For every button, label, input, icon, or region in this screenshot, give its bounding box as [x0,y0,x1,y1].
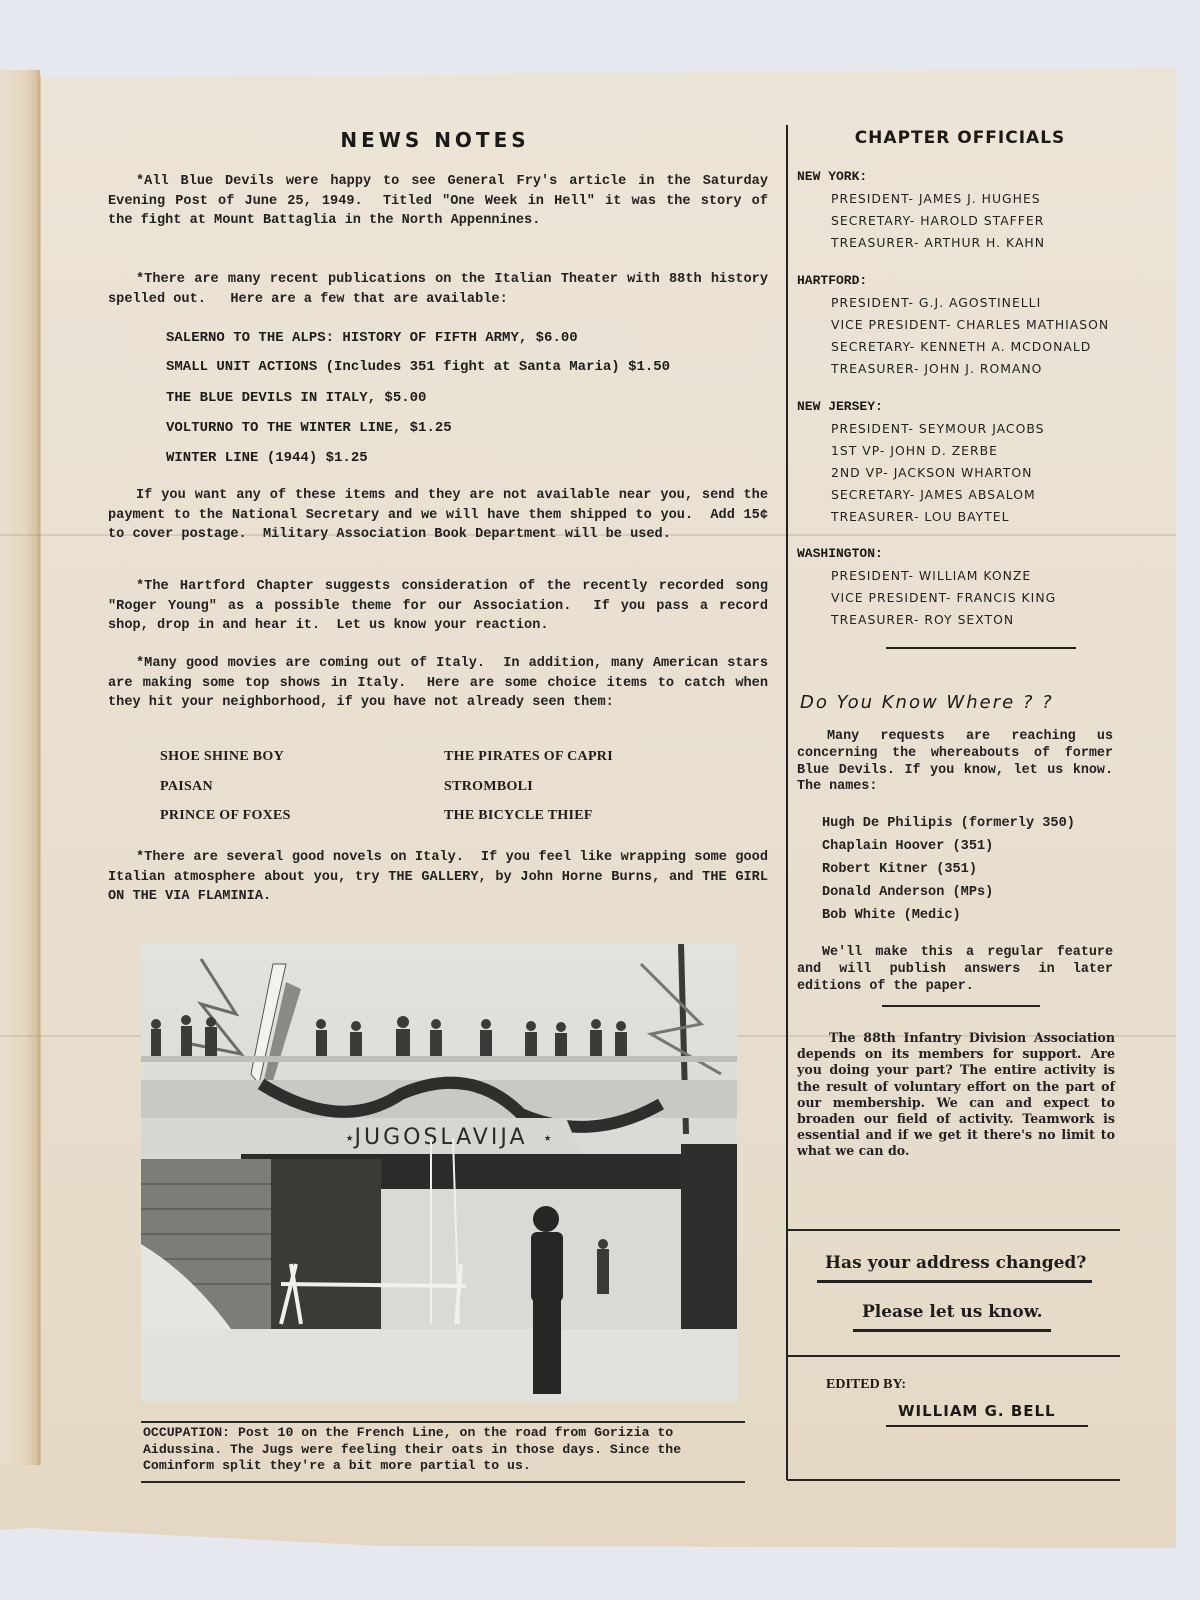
chapter-name: NEW JERSEY: [797,399,883,414]
chapter-name: WASHINGTON: [797,546,883,561]
officer: SECRETARY- HAROLD STAFFER [831,213,1044,228]
svg-text:★: ★ [544,1131,551,1145]
caption-rule-bottom [141,1481,745,1483]
officer: 2ND VP- JACKSON WHARTON [831,465,1032,480]
occupation-photo: JUGOSLAVIJA ★ ★ [141,944,737,1401]
box-rule-top [787,1229,1120,1231]
officer: PRESIDENT- WILLIAM KONZE [831,568,1031,583]
news-item-roger-young: *The Hartford Chapter suggests considera… [108,577,768,636]
missing-person: Donald Anderson (MPs) [822,885,993,900]
column-divider [786,125,788,1480]
officer: TREASURER- JOHN J. ROMANO [831,361,1042,376]
editor-name: WILLIAM G. BELL [898,1402,1056,1420]
svg-text:JUGOSLAVIJA: JUGOSLAVIJA [352,1125,527,1150]
book-item: THE BLUE DEVILS IN ITALY, $5.00 [166,390,426,406]
officer: SECRETARY- JAMES ABSALOM [831,487,1036,502]
address-changed-heading: Has your address changed? [825,1253,1086,1273]
chapter-name: HARTFORD: [797,273,867,288]
officer: TREASURER- ROY SEXTON [831,612,1014,627]
news-item-ordering: If you want any of these items and they … [108,486,768,545]
officer: PRESIDENT- SEYMOUR JACOBS [831,421,1044,436]
underline [886,1425,1088,1427]
movie-item: THE PIRATES OF CAPRI [444,749,613,765]
officer: PRESIDENT- G.J. AGOSTINELLI [831,295,1041,310]
section-rule [886,647,1076,649]
news-item-movies: *Many good movies are coming out of Ital… [108,654,768,713]
officer: 1ST VP- JOHN D. ZERBE [831,443,998,458]
book-item: WINTER LINE (1944) $1.25 [166,450,368,466]
movie-item: PRINCE OF FOXES [160,808,291,824]
missing-person: Hugh De Philipis (formerly 350) [822,816,1075,831]
underline [853,1329,1051,1332]
binding-crease [38,75,41,1465]
box-rule-middle [787,1355,1120,1357]
do-you-know-intro: Many requests are reaching us concerning… [797,729,1113,796]
officer: VICE PRESIDENT- FRANCIS KING [831,590,1056,605]
book-item: SMALL UNIT ACTIONS (Includes 351 fight a… [166,359,670,375]
missing-person: Chaplain Hoover (351) [822,839,993,854]
book-item: SALERNO TO THE ALPS: HISTORY OF FIFTH AR… [166,330,578,346]
underline [817,1280,1092,1283]
bridge-checkpoint-image: JUGOSLAVIJA ★ ★ [141,944,737,1401]
missing-person: Bob White (Medic) [822,908,961,923]
officer: SECRETARY- KENNETH A. MCDONALD [831,339,1091,354]
box-rule-bottom [787,1479,1120,1481]
movie-item: PAISAN [160,779,213,795]
please-let-us-know: Please let us know. [862,1302,1043,1322]
do-you-know-outro: We'll make this a regular feature and wi… [797,945,1113,995]
officer: VICE PRESIDENT- CHARLES MATHIASON [831,317,1109,332]
news-item-general-fry: *All Blue Devils were happy to see Gener… [108,172,768,231]
chapter-officials-title: CHAPTER OFFICIALS [800,128,1120,148]
do-you-know-where-title: Do You Know Where ? ? [800,692,1054,713]
movie-item: STROMBOLI [444,779,533,795]
officer: TREASURER- LOU BAYTEL [831,509,1009,524]
news-item-publications: *There are many recent publications on t… [108,270,768,309]
svg-text:★: ★ [346,1131,353,1145]
missing-person: Robert Kitner (351) [822,862,977,877]
support-appeal: The 88th Infantry Division Association d… [797,1030,1115,1160]
movie-item: SHOE SHINE BOY [160,749,284,765]
movie-item: THE BICYCLE THIEF [444,808,593,824]
book-item: VOLTURNO TO THE WINTER LINE, $1.25 [166,420,452,436]
photo-caption: OCCUPATION: Post 10 on the French Line, … [143,1425,743,1475]
edited-by-label: EDITED BY: [826,1377,906,1393]
caption-rule-top [141,1421,745,1423]
page-gutter [0,70,40,1465]
news-notes-title: NEWS NOTES [110,128,760,152]
chapter-name: NEW YORK: [797,169,867,184]
news-item-novels: *There are several good novels on Italy.… [108,848,768,907]
officer: TREASURER- ARTHUR H. KAHN [831,235,1045,250]
officer: PRESIDENT- JAMES J. HUGHES [831,191,1041,206]
section-rule [882,1005,1040,1007]
